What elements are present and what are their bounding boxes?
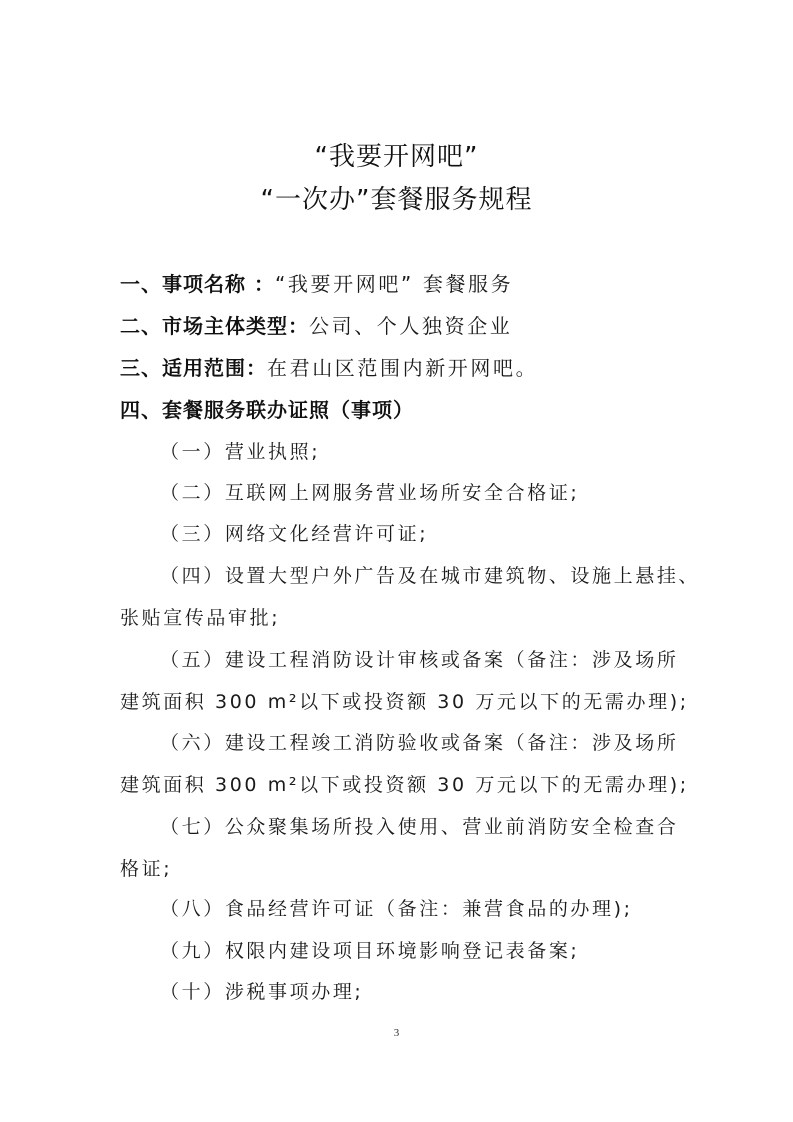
item-label: （四） <box>160 565 225 587</box>
section-heading: 三、适用范围： <box>120 356 267 380</box>
item-text: 权限内建设项目环境影响登记表备案; <box>225 940 580 962</box>
item-label: （五） <box>160 649 225 671</box>
document-title-line-1: “我要开网吧” <box>0 141 793 173</box>
document-page: “我要开网吧” “一次办”套餐服务规程 一、事项名称 ：“我要开网吧” 套餐服务… <box>0 0 793 1122</box>
section-text: 在君山区范围内新开网吧。 <box>267 356 538 380</box>
item-text: 互联网上网服务营业场所安全合格证; <box>225 482 580 504</box>
list-item: （二）互联网上网服务营业场所安全合格证; <box>160 479 720 507</box>
section-scope: 三、适用范围：在君山区范围内新开网吧。 <box>120 354 680 382</box>
item-label: （三） <box>160 523 225 545</box>
section-heading: 二、市场主体类型： <box>120 314 309 338</box>
item-text: 营业执照; <box>225 441 320 463</box>
list-item: （三）网络文化经营许可证; <box>160 520 720 548</box>
item-label: （一） <box>160 441 225 463</box>
item-label: （九） <box>160 940 225 962</box>
list-item: （十）涉税事项办理; <box>160 978 720 1006</box>
item-label: （六） <box>160 732 225 754</box>
list-item-continuation: 张贴宣传品审批; <box>120 604 680 632</box>
item-text: 设置大型户外广告及在城市建筑物、设施上悬挂、 <box>225 565 700 587</box>
list-item: （一）营业执照; <box>160 438 720 466</box>
list-item-continuation: 格证; <box>120 855 680 883</box>
item-text: 建设工程竣工消防验收或备案（备注：涉及场所 <box>225 732 679 754</box>
list-item-continuation: 建筑面积 300 m²以下或投资额 30 万元以下的无需办理); <box>120 688 680 716</box>
page-number: 3 <box>0 1027 793 1039</box>
item-text: 涉税事项办理; <box>225 981 364 1003</box>
item-label: （二） <box>160 482 225 504</box>
list-item: （九）权限内建设项目环境影响登记表备案; <box>160 937 720 965</box>
list-item: （七）公众聚集场所投入使用、营业前消防安全检查合 <box>160 813 720 841</box>
section-heading: 四、套餐服务联办证照（事项） <box>120 398 414 422</box>
item-text: 建设工程消防设计审核或备案（备注：涉及场所 <box>225 649 679 671</box>
document-title-line-2: “一次办”套餐服务规程 <box>0 184 793 216</box>
section-heading: 一、事项名称 ： <box>120 272 275 296</box>
item-label: （十） <box>160 981 225 1003</box>
list-item-continuation: 建筑面积 300 m²以下或投资额 30 万元以下的无需办理); <box>120 771 680 799</box>
item-text: 食品经营许可证（备注：兼营食品的办理); <box>225 898 633 920</box>
list-item: （八）食品经营许可证（备注：兼营食品的办理); <box>160 895 720 923</box>
section-item-name: 一、事项名称 ：“我要开网吧” 套餐服务 <box>120 270 680 298</box>
section-text: “我要开网吧” 套餐服务 <box>275 272 513 296</box>
section-text: 公司、个人独资企业 <box>309 314 512 338</box>
item-text: 公众聚集场所投入使用、营业前消防安全检查合 <box>225 816 679 838</box>
list-item: （五）建设工程消防设计审核或备案（备注：涉及场所 <box>160 646 720 674</box>
list-item: （四）设置大型户外广告及在城市建筑物、设施上悬挂、 <box>160 562 720 590</box>
item-label: （七） <box>160 816 225 838</box>
list-item: （六）建设工程竣工消防验收或备案（备注：涉及场所 <box>160 729 720 757</box>
item-text: 网络文化经营许可证; <box>225 523 428 545</box>
item-label: （八） <box>160 898 225 920</box>
section-joint-licenses: 四、套餐服务联办证照（事项） <box>120 396 680 424</box>
section-entity-type: 二、市场主体类型：公司、个人独资企业 <box>120 312 680 340</box>
